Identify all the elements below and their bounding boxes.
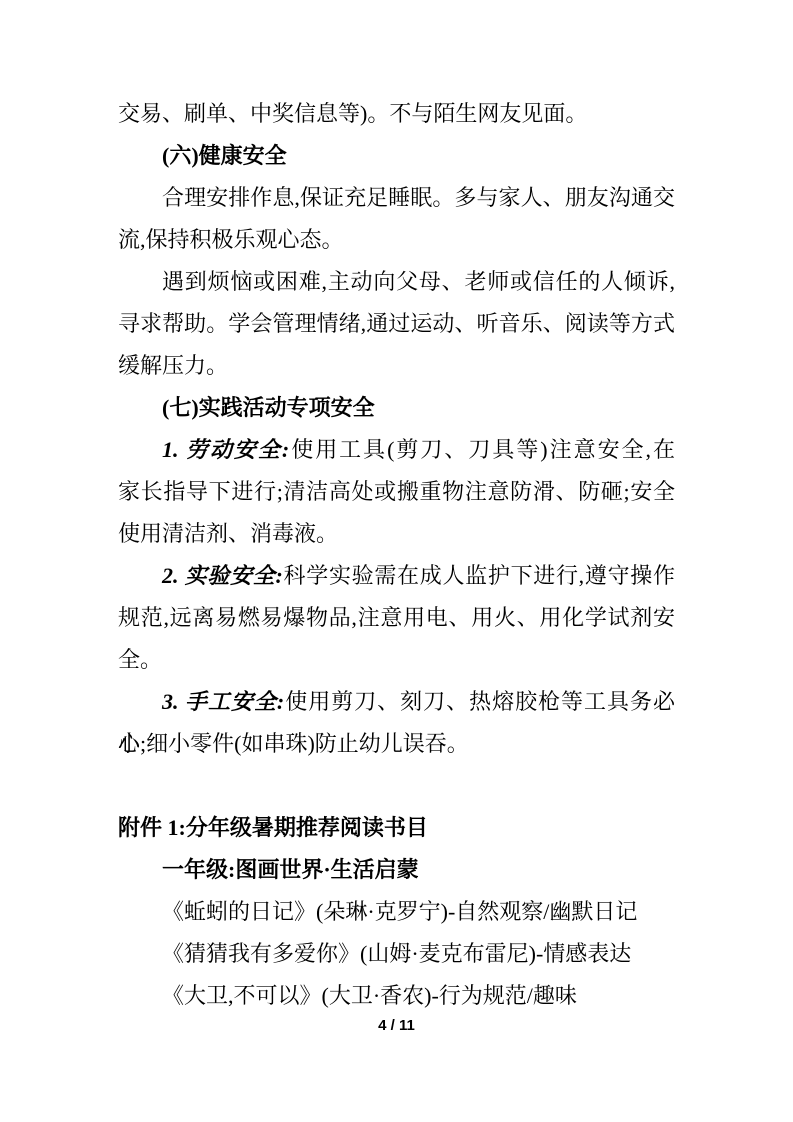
blank-line (118, 765, 675, 807)
list-item-craft-safety: 3. 手工安全:使用剪刀、刻刀、热熔胶枪等工具务必小 (118, 681, 675, 723)
heading-section-7: (七)实践活动专项安全 (118, 387, 675, 429)
list-item-label: 2. 实验安全: (162, 563, 283, 588)
body-text-line: 寻求帮助。学会管理情绪,通过运动、听音乐、阅读等方式 (118, 303, 675, 345)
body-text-line: 遇到烦恼或困难,主动向父母、老师或信任的人倾诉, (118, 261, 675, 303)
grade-1-heading: 一年级:图画世界·生活启蒙 (118, 849, 675, 891)
body-text-line: 全。 (118, 639, 675, 681)
body-text-line: 家长指导下进行;清洁高处或搬重物注意防滑、防砸;安全 (118, 471, 675, 513)
attachment-title: 附件 1:分年级暑期推荐阅读书目 (118, 807, 675, 849)
list-item-text: 科学实验需在成人监护下进行,遵守操作 (283, 563, 675, 588)
book-item: 《大卫,不可以》(大卫·香农)-行为规范/趣味 (118, 975, 675, 1017)
body-text-line: 缓解压力。 (118, 345, 675, 387)
document-body: 交易、刷单、中奖信息等)。不与陌生网友见面。 (六)健康安全 合理安排作息,保证… (118, 93, 675, 1017)
document-page: 交易、刷单、中奖信息等)。不与陌生网友见面。 (六)健康安全 合理安排作息,保证… (0, 0, 793, 1122)
list-item-label: 3. 手工安全: (162, 689, 284, 714)
book-item: 《猜猜我有多爱你》(山姆·麦克布雷尼)-情感表达 (118, 933, 675, 975)
list-item-label: 1. 劳动安全: (162, 437, 289, 462)
body-text-line: 流,保持积极乐观心态。 (118, 219, 675, 261)
body-text-line: 交易、刷单、中奖信息等)。不与陌生网友见面。 (118, 93, 675, 135)
list-item-experiment-safety: 2. 实验安全:科学实验需在成人监护下进行,遵守操作 (118, 555, 675, 597)
book-item: 《蚯蚓的日记》(朵琳·克罗宁)-自然观察/幽默日记 (118, 891, 675, 933)
page-number: 4 / 11 (0, 1014, 793, 1038)
body-text-line: 合理安排作息,保证充足睡眠。多与家人、朋友沟通交 (118, 177, 675, 219)
body-text-line: 规范,远离易燃易爆物品,注意用电、用火、用化学试剂安 (118, 597, 675, 639)
list-item-labor-safety: 1. 劳动安全:使用工具(剪刀、刀具等)注意安全,在 (118, 429, 675, 471)
list-item-text: 使用工具(剪刀、刀具等)注意安全,在 (289, 437, 675, 462)
heading-section-6: (六)健康安全 (118, 135, 675, 177)
body-text-line: 心;细小零件(如串珠)防止幼儿误吞。 (118, 723, 675, 765)
body-text-line: 使用清洁剂、消毒液。 (118, 513, 675, 555)
